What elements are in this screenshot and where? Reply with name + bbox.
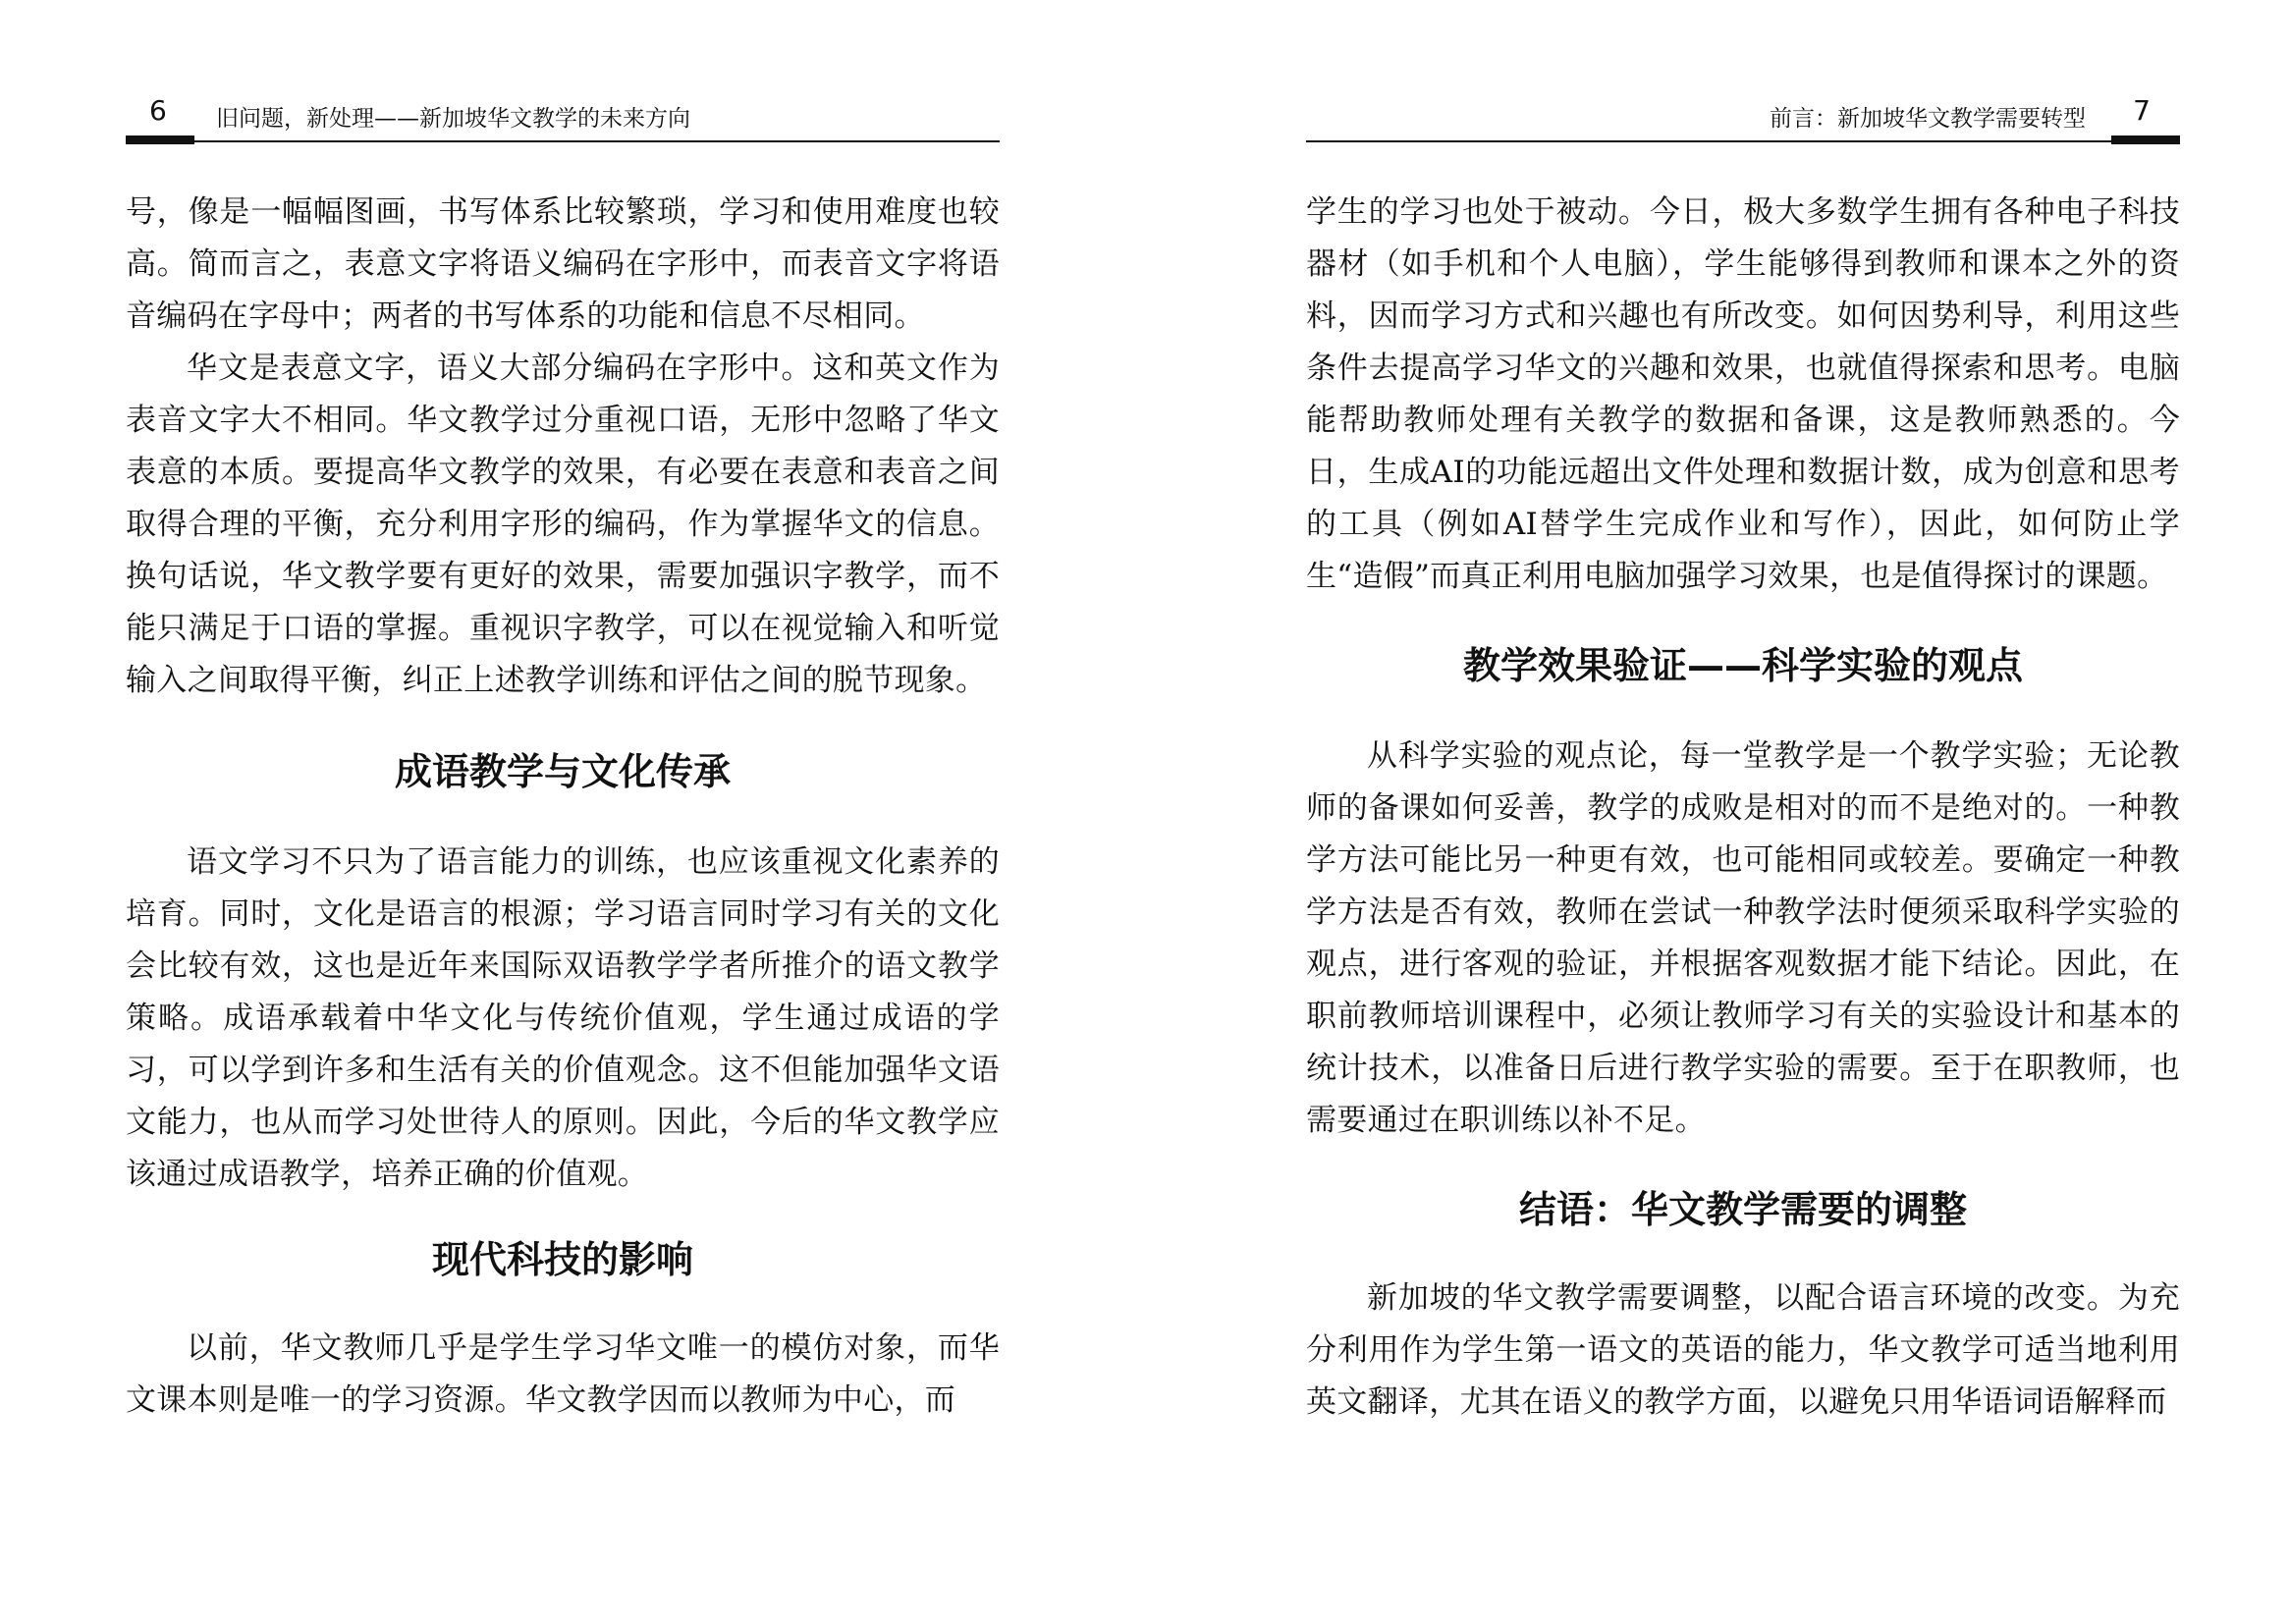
paragraph: 从科学实验的观点论，每一堂教学是一个教学实验；无论教师的备课如何妥善，教学的成败… (1306, 731, 2180, 1147)
page-number: 7 (2133, 94, 2151, 127)
section-heading: 教学效果验证——科学实验的观点 (1306, 636, 2180, 695)
running-header: 前言：新加坡华文教学需要转型 7 (1306, 90, 2180, 141)
paragraph: 新加坡的华文教学需要调整，以配合语言环境的改变。为充分利用作为学生第一语文的英语… (1306, 1272, 2180, 1429)
running-header-title: 旧问题，新处理——新加坡华文教学的未来方向 (216, 100, 690, 133)
header-rule (126, 140, 1000, 142)
section-heading: 结语：华文教学需要的调整 (1306, 1180, 2180, 1239)
right-page: 前言：新加坡华文教学需要转型 7 学生的学习也处于被动。今日，极大多数学生拥有各… (1306, 0, 2180, 1624)
header-rule (1306, 140, 2180, 142)
paragraph: 华文是表意文字，语义大部分编码在字形中。这和英文作为表音文字大不相同。华文教学过… (126, 343, 1000, 707)
paragraph: 号，像是一幅幅图画，书写体系比较繁琐，学习和使用难度也较高。简而言之，表意文字将… (126, 187, 1000, 343)
page-number: 6 (149, 94, 167, 127)
running-header: 6 旧问题，新处理——新加坡华文教学的未来方向 (126, 90, 1000, 141)
paragraph: 学生的学习也处于被动。今日，极大多数学生拥有各种电子科技器材（如手机和个人电脑）… (1306, 187, 2180, 603)
paragraph: 以前，华文教师几乎是学生学习华文唯一的模仿对象，而华文课本则是唯一的学习资源。华… (126, 1323, 1000, 1427)
left-page: 6 旧问题，新处理——新加坡华文教学的未来方向 号，像是一幅幅图画，书写体系比较… (126, 0, 1000, 1624)
page-body: 学生的学习也处于被动。今日，极大多数学生拥有各种电子科技器材（如手机和个人电脑）… (1306, 187, 2180, 1429)
section-heading: 现代科技的影响 (126, 1230, 1000, 1289)
running-header-title: 前言：新加坡华文教学需要转型 (1770, 100, 2086, 133)
page-body: 号，像是一幅幅图画，书写体系比较繁琐，学习和使用难度也较高。简而言之，表意文字将… (126, 187, 1000, 1427)
section-heading: 成语教学与文化传承 (126, 742, 1000, 801)
paragraph: 语文学习不只为了语言能力的训练，也应该重视文化素养的培育。同时，文化是语言的根源… (126, 837, 1000, 1201)
